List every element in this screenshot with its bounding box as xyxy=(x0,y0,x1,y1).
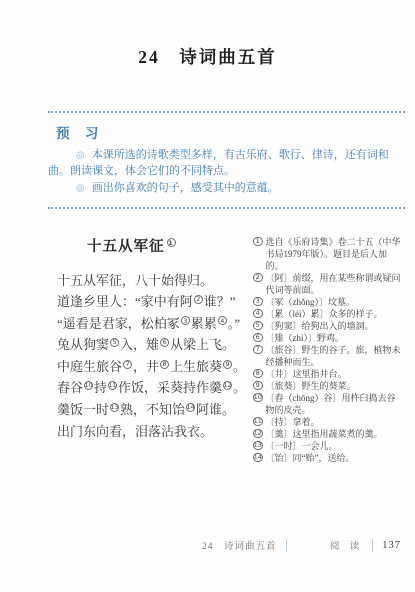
annotation-text: 〔井〕这里指井台。 xyxy=(266,368,403,380)
annotation-item: 10〔舂（chōng）谷〕用杵臼捣去谷物的皮壳。 xyxy=(253,392,402,416)
annotation-number: 5 xyxy=(253,321,263,331)
annotation-text: 〔旅谷〕野生的谷子。旅，植物未经播种而生。 xyxy=(266,344,403,368)
annotation-number: 12 xyxy=(253,429,263,439)
annotation-number: 2 xyxy=(253,273,263,283)
annotation-text: 选自《乐府诗集》卷二十五（中华书局1979年版）。题目是后人加的。 xyxy=(266,236,403,272)
annotations-column: 1选自《乐府诗集》卷二十五（中华书局1979年版）。题目是后人加的。2〔阿〕前缀… xyxy=(253,233,402,464)
footnote-marker: 1 xyxy=(167,238,176,247)
poem-title: 十五从军征1 xyxy=(87,235,253,256)
footnote-marker: 6 xyxy=(160,338,169,347)
poem-line: 羹饭一时13熟，不知饴14阿谁。 xyxy=(57,399,253,421)
annotation-number: 14 xyxy=(253,453,263,463)
footer-section-label: 阅 读 xyxy=(330,538,363,552)
annotation-item: 11〔持〕拿着。 xyxy=(253,416,402,428)
annotation-text: 〔舂（chōng）谷〕用杵臼捣去谷物的皮壳。 xyxy=(266,392,403,416)
footnote-marker: 10 xyxy=(84,381,93,390)
annotation-item: 2〔阿〕前缀，用在某些称谓或疑问代词等前面。 xyxy=(253,272,402,296)
poem-line: 出门东向看，泪落沾我衣。 xyxy=(57,421,253,443)
poem-line: 道逢乡里人：“家中有阿2谁？” xyxy=(57,291,253,313)
annotation-text: 〔旅葵〕野生的葵菜。 xyxy=(266,380,403,392)
preview-item: ◎画出你喜欢的句子，感受其中的意蕴。 xyxy=(48,181,405,197)
footnote-marker: 8 xyxy=(160,360,169,369)
annotation-text: 〔一时〕一会儿。 xyxy=(266,440,403,452)
footnote-marker: 9 xyxy=(223,360,232,369)
footnote-marker: 13 xyxy=(110,403,119,412)
poem-title-text: 十五从军征 xyxy=(87,239,165,255)
footnote-marker: 12 xyxy=(223,381,232,390)
footnote-marker: 3 xyxy=(181,316,190,325)
annotation-text: 〔饴〕同“贻”，送给。 xyxy=(266,452,403,464)
textbook-page: { "page": { "lesson_title": "24 诗词曲五首" }… xyxy=(0,0,415,592)
annotation-item: 4〔累（léi）累〕众多的样子。 xyxy=(253,308,402,320)
footnote-marker: 14 xyxy=(186,403,195,412)
footnote-marker: 7 xyxy=(123,360,132,369)
annotation-number: 10 xyxy=(253,393,263,403)
page-footer: 24 诗词曲五首 阅 读 137 xyxy=(0,538,401,552)
annotation-item: 6〔雉（zhì）〕野鸡。 xyxy=(253,332,402,344)
annotation-text: 〔羹〕这里指用蔬菜煮的羹。 xyxy=(266,428,403,440)
footnote-marker: 4 xyxy=(218,316,227,325)
poem-line: 十五从军征，八十始得归。 xyxy=(57,270,253,292)
preview-item: ◎本课所选的诗歌类型多样，有古乐府、歌行、律诗，还有词和曲。朗读课文，体会它们的… xyxy=(48,148,405,179)
annotation-item: 14〔饴〕同“贻”，送给。 xyxy=(253,452,402,464)
annotation-item: 8〔井〕这里指井台。 xyxy=(253,368,402,380)
annotation-number: 9 xyxy=(253,381,263,391)
annotation-item: 12〔羹〕这里指用蔬菜煮的羹。 xyxy=(253,428,402,440)
poem-line: 兔从狗窦5入，雉6从梁上飞。 xyxy=(57,334,253,356)
annotation-item: 13〔一时〕一会儿。 xyxy=(253,440,402,452)
annotation-item: 1选自《乐府诗集》卷二十五（中华书局1979年版）。题目是后人加的。 xyxy=(253,236,402,272)
annotation-number: 4 xyxy=(253,309,263,319)
footnote-marker: 2 xyxy=(194,295,203,304)
annotation-text: 〔狗窦〕给狗出入的墙洞。 xyxy=(266,320,403,332)
annotation-item: 3〔冢（zhǒng）〕坟墓。 xyxy=(253,296,402,308)
annotation-text: 〔阿〕前缀，用在某些称谓或疑问代词等前面。 xyxy=(266,272,403,296)
annotation-item: 9〔旅葵〕野生的葵菜。 xyxy=(253,380,402,392)
annotation-text: 〔雉（zhì）〕野鸡。 xyxy=(266,332,403,344)
footer-divider xyxy=(286,539,287,552)
poem-line: 中庭生旅谷7，井8上生旅葵9。 xyxy=(57,356,253,378)
poem-line: 舂谷10持11作饭，采葵持作羹12。 xyxy=(57,377,253,399)
preview-items: ◎本课所选的诗歌类型多样，有古乐府、歌行、律诗，还有词和曲。朗读课文，体会它们的… xyxy=(48,148,405,197)
annotation-item: 7〔旅谷〕野生的谷子。旅，植物未经播种而生。 xyxy=(253,344,402,368)
footer-lesson-label: 24 诗词曲五首 xyxy=(202,538,277,552)
footnote-marker: 5 xyxy=(110,338,119,347)
annotation-number: 11 xyxy=(253,417,263,427)
footnote-marker: 11 xyxy=(108,381,117,390)
annotation-number: 7 xyxy=(253,345,263,355)
annotation-number: 8 xyxy=(253,369,263,379)
annotation-item: 5〔狗窦〕给狗出入的墙洞。 xyxy=(253,320,402,332)
annotation-number: 1 xyxy=(253,237,263,247)
main-content: 十五从军征1 十五从军征，八十始得归。道逢乡里人：“家中有阿2谁？”“遥看是君家… xyxy=(57,233,402,464)
preview-heading: 预 习 xyxy=(56,122,405,142)
poem-line: “遥看是君家，松柏冢3累累4。” xyxy=(57,313,253,335)
annotation-number: 3 xyxy=(253,297,263,307)
poem-lines: 十五从军征，八十始得归。道逢乡里人：“家中有阿2谁？”“遥看是君家，松柏冢3累累… xyxy=(57,270,253,443)
annotation-text: 〔持〕拿着。 xyxy=(266,416,403,428)
preview-section: 预 习 ◎本课所选的诗歌类型多样，有古乐府、歌行、律诗，还有词和曲。朗读课文，体… xyxy=(48,111,405,209)
bullet-icon: ◎ xyxy=(76,148,85,164)
poem-column: 十五从军征1 十五从军征，八十始得归。道逢乡里人：“家中有阿2谁？”“遥看是君家… xyxy=(57,233,253,464)
annotation-number: 13 xyxy=(253,441,263,451)
annotation-number: 6 xyxy=(253,333,263,343)
bullet-icon: ◎ xyxy=(76,181,85,197)
annotation-text: 〔冢（zhǒng）〕坟墓。 xyxy=(266,296,403,308)
footer-divider xyxy=(372,539,373,552)
lesson-title: 24 诗词曲五首 xyxy=(0,44,415,69)
page-number: 137 xyxy=(382,540,401,551)
annotation-text: 〔累（léi）累〕众多的样子。 xyxy=(266,308,403,320)
